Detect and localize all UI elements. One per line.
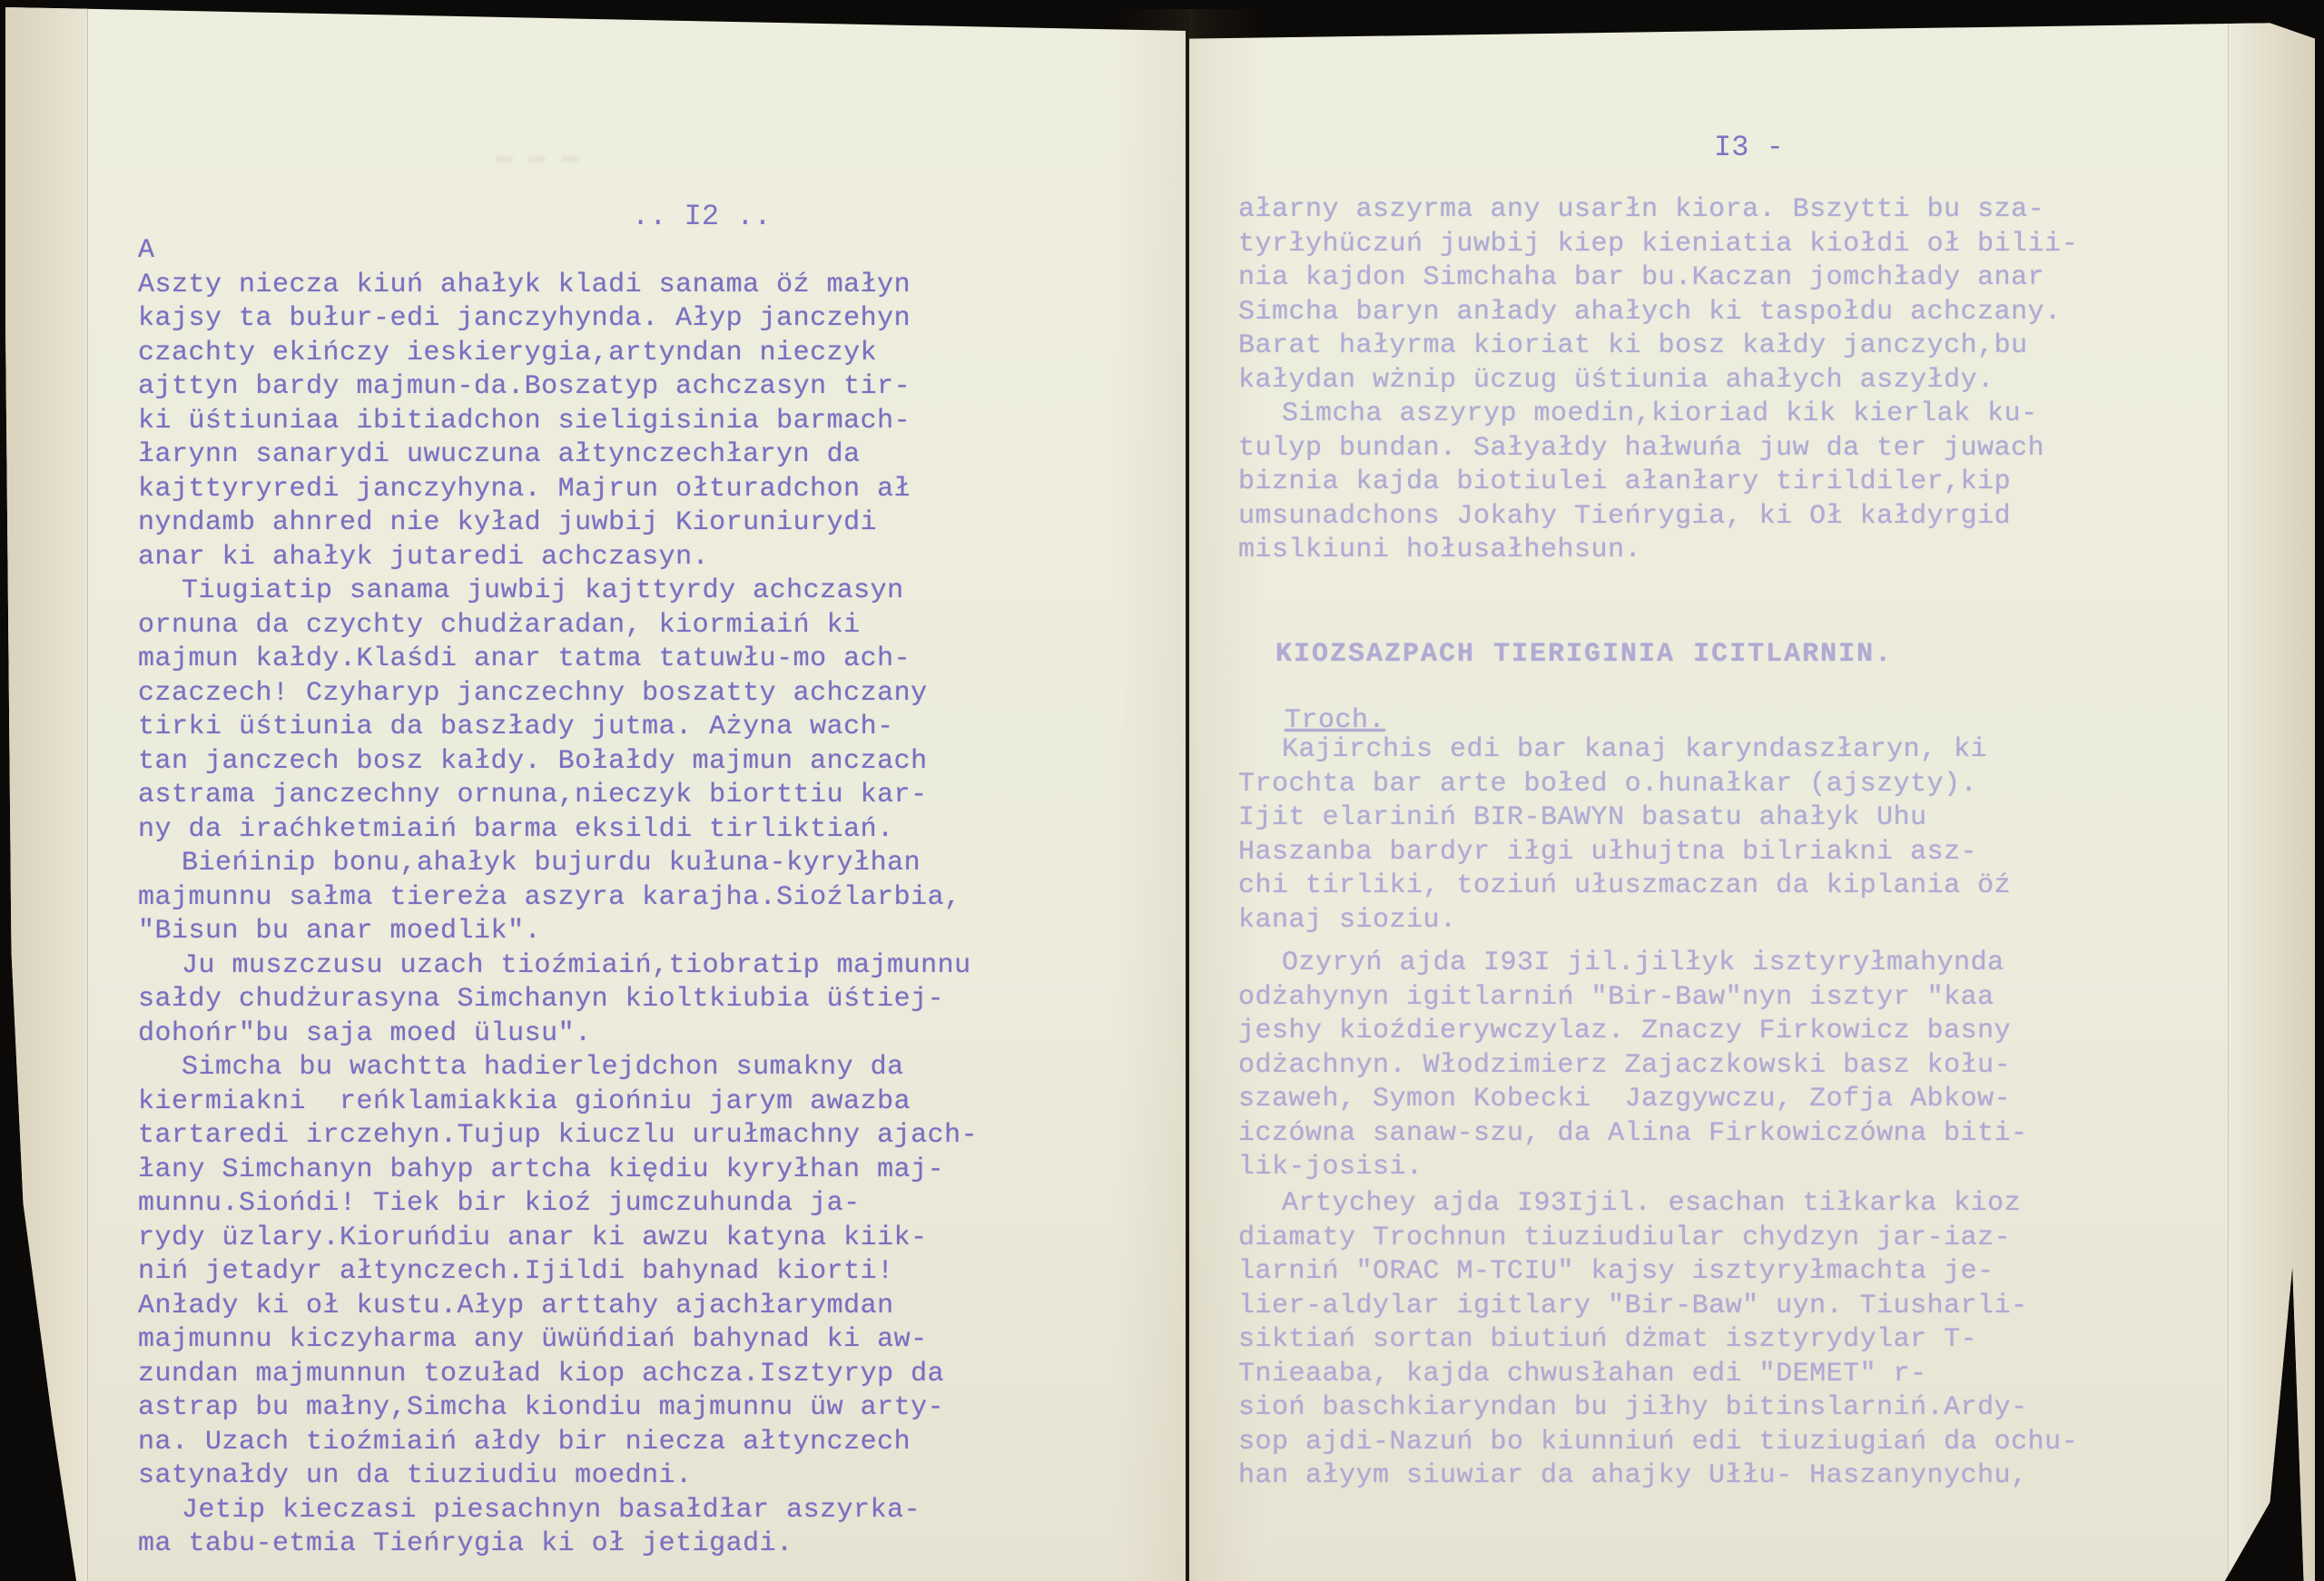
text-line: Haszanba bardyr iłgi ułhujtna bilriakni … [1238,836,2011,870]
book-spine [1186,11,1189,1581]
text-line: Ijit elariniń BIR-BAWYN basatu ahałyk Uh… [1238,801,2011,836]
page-number-left: .. I2 .. [632,200,772,233]
text-line: tulyp bundan. Sałyałdy hałwuńa juw da te… [1238,432,2078,466]
text-line: nia kajdon Simchaha bar bu.Kaczan jomchł… [1238,261,2078,296]
right-paragraph-1: ałarny aszyrma any usarłn kiora. Bszytti… [1238,193,2078,568]
text-line: larniń "ORAC M-TCIU" kajsy isztyryłmacht… [1238,1255,2078,1290]
text-line: sioń baschkiaryndan bu jiłhy bitinslarni… [1238,1391,2078,1426]
text-line: niń jetadyr ałtynczech.Ijildi bahynad ki… [138,1255,978,1290]
text-line: rydy üzlary.Kioruńdiu anar ki awzu katyn… [138,1222,978,1256]
text-line: dohońr"bu saja moed ülusu". [138,1017,978,1052]
text-line: Simcha bu wachtta hadierlejdchon sumakny… [138,1051,978,1085]
text-line: Aszty niecza kiuń ahałyk kladi sanama öź… [138,269,978,303]
text-line: jeshy kioźdierywczylaz. Znaczy Firkowicz… [1238,1015,2028,1049]
text-line: iczówna sanaw-szu, da Alina Firkowiczówn… [1238,1117,2028,1152]
text-line: szaweh, Symon Kobecki Jazgywczu, Zofja A… [1238,1083,2028,1117]
text-line: Trochta bar arte bołed o.hunałkar (ajszy… [1238,768,2011,802]
text-line: kajsy ta bułur-edi janczyhynda. Ałyp jan… [138,302,978,337]
text-line: Bieńinip bonu,ahałyk bujurdu kułuna-kyry… [138,847,978,881]
text-line: łarynn sanarydi uwuczuna ałtynczechłaryn… [138,438,978,473]
text-line: Tnieaaba, kajda chwusłahan edi "DEMET" r… [1238,1358,2078,1392]
right-paragraph-2: Kajirchis edi bar kanaj karyndaszłaryn, … [1238,733,2011,938]
text-line: kiermiakni reńklamiakkia giońniu jarym a… [138,1085,978,1120]
book-spread: ⋯ ⋯ ⋯ .. I2 .. AAszty niecza kiuń ahałyk… [0,0,2324,1581]
text-line: tan janczech bosz kałdy. Bołałdy majmun … [138,745,978,780]
text-line: Ozyryń ajda I93I jil.jilłyk isztyryłmahy… [1238,947,2028,981]
text-line: tyrłyhüczuń juwbij kiep kieniatia kiołdi… [1238,228,2078,262]
text-line: astrap bu małny,Simcha kiondiu majmunnu … [138,1391,978,1426]
text-line: kałydan wżnip üczug üśtiunia ahałych asz… [1238,364,2078,398]
text-line: Jetip kieczasi piesachnyn basałdłar aszy… [138,1494,978,1528]
text-line: majmunnu kiczyharma any üwüńdiań bahynad… [138,1323,978,1358]
text-line: diamaty Trochnun tiuziudiular chydzyn ja… [1238,1222,2078,1256]
text-line: siktiań sortan biutiuń dżmat isztyrydyla… [1238,1323,2078,1358]
text-line: Simcha aszyryp moedin,kioriad kik kierla… [1238,398,2078,432]
right-paragraph-4: Artychey ajda I93Ijil. esachan tiłkarka … [1238,1187,2078,1494]
text-line: Tiugiatip sanama juwbij kajttyrdy achcza… [138,574,978,609]
text-line: umsunadchons Jokahy Tieńrygia, ki Oł kał… [1238,500,2078,535]
right-page: I3 - ałarny aszyrma any usarłn kiora. Bs… [1189,7,2315,1581]
text-line: Kajirchis edi bar kanaj karyndaszłaryn, … [1238,733,2011,768]
text-line: tirki üśtiunia da baszłady jutma. Ażyna … [138,711,978,745]
text-line: "Bisun bu anar moedlik". [138,915,978,949]
text-line: biznia kajda biotiulei ałanłary tirildil… [1238,466,2078,500]
text-line: sop ajdi-Nazuń bo kiunniuń edi tiuziugia… [1238,1426,2078,1460]
text-line: lier-aldylar igitlary "Bir-Baw" uyn. Tiu… [1238,1290,2078,1324]
text-line: Barat hałyrma kioriat ki bosz kałdy janc… [1238,329,2078,364]
text-line: han ałyym siuwiar da ahajky Ułłu- Haszan… [1238,1459,2078,1494]
page-number-right: I3 - [1714,131,1784,164]
text-line: Simcha baryn anłady ahałych ki taspołdu … [1238,296,2078,330]
text-line: kajttyryredi janczyhyna. Majrun ołturadc… [138,473,978,507]
text-line: ornuna da czychty chudżaradan, kiormiaiń… [138,609,978,643]
section-heading: KIOZSAZPACH TIERIGINIA ICITLARNIN. [1275,638,1893,673]
text-line: munnu.Siońdi! Tiek bir kioź jumczuhunda … [138,1187,978,1222]
text-line: anar ki ahałyk jutaredi achczasyn. [138,541,978,575]
text-line: Artychey ajda I93Ijil. esachan tiłkarka … [1238,1187,2078,1222]
text-line: czaczech! Czyharyp janczechny boszatty a… [138,677,978,712]
text-line: ałarny aszyrma any usarłn kiora. Bszytti… [1238,193,2078,228]
text-line: nyndamb ahnred nie kyład juwbij Kioruniu… [138,506,978,541]
text-line: odżachnyn. Włodzimierz Zajaczkowski basz… [1238,1049,2028,1084]
left-page: ⋯ ⋯ ⋯ .. I2 .. AAszty niecza kiuń ahałyk… [5,7,1187,1581]
text-line: A [138,234,978,269]
text-line: astrama janczechny ornuna,nieczyk biortt… [138,779,978,813]
text-line: majmunnu sałma tiereża aszyra karajha.Si… [138,881,978,916]
right-paragraph-3: Ozyryń ajda I93I jil.jilłyk isztyryłmahy… [1238,947,2028,1185]
bleed-through-text: ⋯ ⋯ ⋯ [496,143,895,207]
text-line: majmun kałdy.Klaśdi anar tatma tatuwłu-m… [138,643,978,677]
text-line: satynałdy un da tiuziudiu moedni. [138,1459,978,1494]
text-line: na. Uzach tioźmiaiń ałdy bir niecza ałty… [138,1426,978,1460]
text-line: kanaj sioziu. [1238,904,2011,938]
text-line: odżahynyn igitlarniń "Bir-Baw"nyn isztyr… [1238,981,2028,1016]
text-line: tartaredi irczehyn.Tujup kiuczlu urułmac… [138,1119,978,1154]
text-line: mislkiuni hołusałhehsun. [1238,534,2078,568]
text-line: Ju muszczusu uzach tioźmiaiń,tiobratip m… [138,949,978,984]
text-line: łany Simchanyn bahyp artcha kiędiu kyrył… [138,1154,978,1188]
text-line: czachty ekińczy ieskierygia,artyndan nie… [138,337,978,371]
text-line: lik-josisi. [1238,1151,2028,1185]
text-line: ny da iraćhketmiaiń barma eksildi tirlik… [138,813,978,848]
text-line: Anłady ki oł kustu.Ałyp arttahy ajachłar… [138,1290,978,1324]
text-line: sałdy chudżurasyna Simchanyn kioltkiubia… [138,983,978,1017]
text-line: ajttyn bardy majmun-da.Boszatyp achczasy… [138,370,978,405]
text-line: zundan majmunnun tozuład kiop achcza.Isz… [138,1358,978,1392]
text-line: ma tabu-etmia Tieńrygia ki oł jetigadi. [138,1527,978,1562]
text-line: ki üśtiuniaa ibitiadchon sieligisinia ba… [138,405,978,439]
text-line: chi tirliki, toziuń ułuszmaczan da kipla… [1238,869,2011,904]
left-page-body: AAszty niecza kiuń ahałyk kladi sanama ö… [138,234,978,1562]
